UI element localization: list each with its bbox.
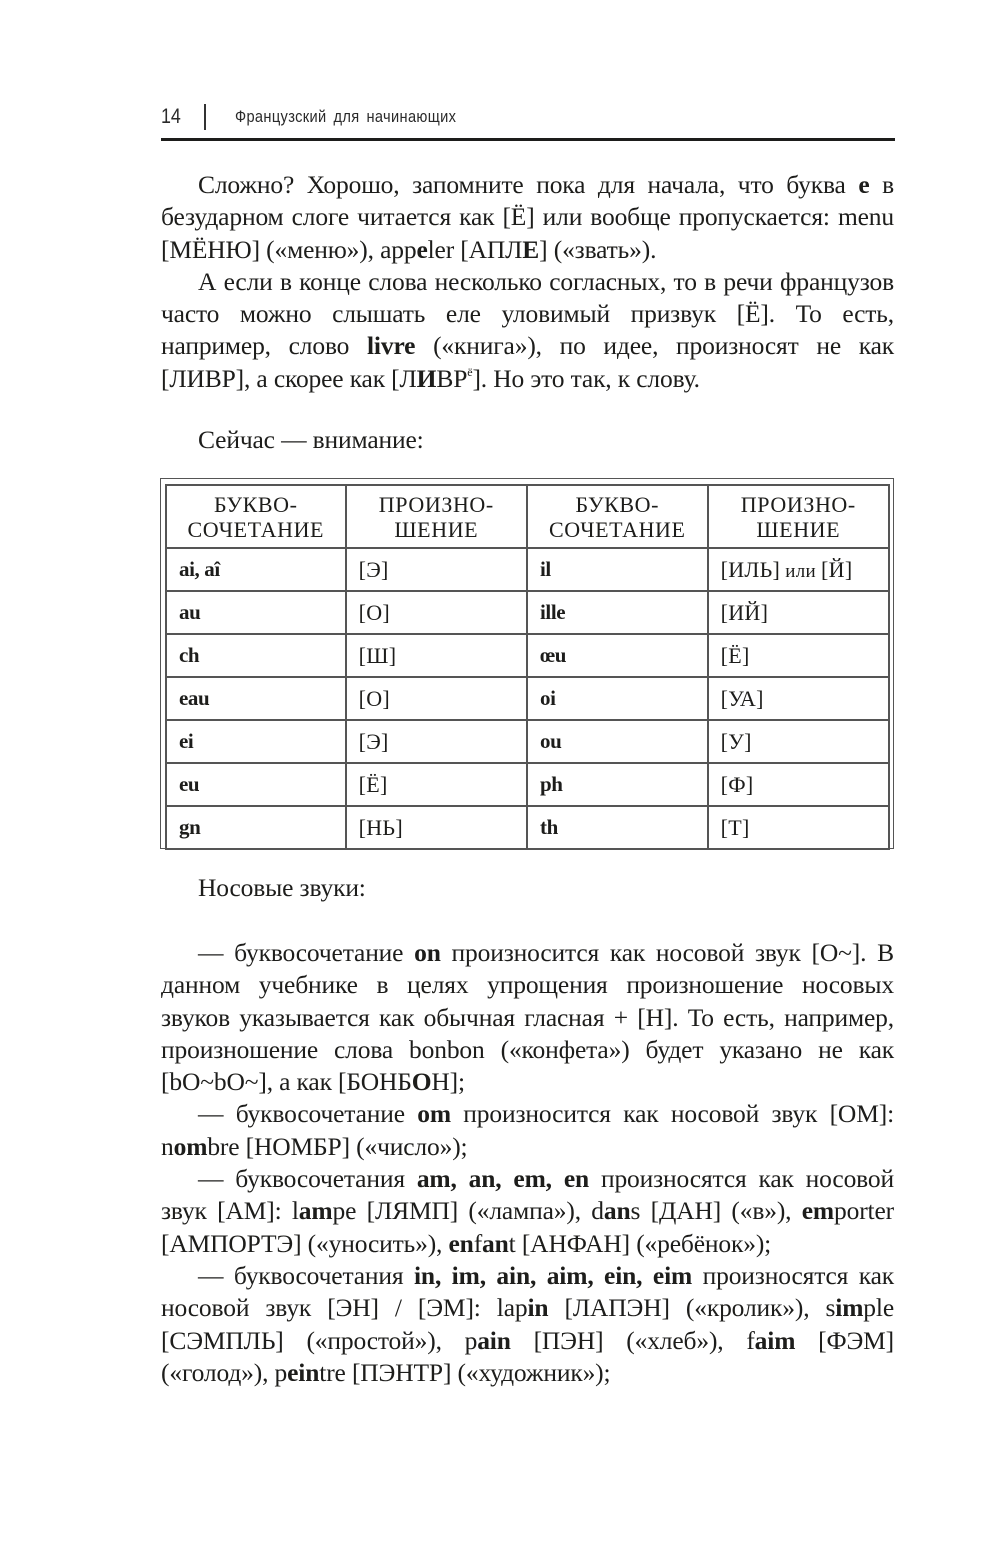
pronunciation-cell: [У] — [708, 720, 889, 763]
header-rule — [161, 138, 895, 141]
intro-text: Сложно? Хорошо, запомните пока для начал… — [161, 169, 894, 395]
pronunciation-cell: [ИЙ] — [708, 591, 889, 634]
combination-cell: eau — [166, 677, 346, 720]
combination-cell: oi — [527, 677, 708, 720]
bold-run: e — [858, 170, 869, 199]
paragraph-final-consonants: А если в конце слова несколько согласных… — [161, 266, 894, 395]
book-page: 14 Французский для начинающих Сложно? Хо… — [0, 0, 1000, 1552]
table-row: au [О] ille [ИЙ] — [166, 591, 889, 634]
nasal-sounds-heading: Носовые звуки: — [161, 872, 894, 904]
pronunciation-cell: [Ё] — [346, 763, 527, 806]
bold-run: e — [416, 235, 427, 264]
pronunciation-cell: [Ё] — [708, 634, 889, 677]
bold-run: И — [417, 364, 437, 393]
combination-cell: ou — [527, 720, 708, 763]
text-run: ] («звать»). — [539, 235, 656, 264]
pronunciation-cell: [Э] — [346, 548, 527, 591]
table-row: ei [Э] ou [У] — [166, 720, 889, 763]
page-number: 14 — [161, 105, 181, 129]
list-item: — буквосочетание om произносится как нос… — [161, 1098, 894, 1163]
combination-cell: au — [166, 591, 346, 634]
list-item: — буквосочетания am, an, em, en произнос… — [161, 1163, 894, 1260]
pronunciation-cell: [Т] — [708, 806, 889, 849]
combination-cell: ai, aî — [166, 548, 346, 591]
table-row: eu [Ё] ph [Ф] — [166, 763, 889, 806]
pronunciation-cell: [НЬ] — [346, 806, 527, 849]
bold-run: livre — [367, 331, 415, 360]
header-pronunciation: ПРОИЗНО-ШЕНИЕ — [708, 485, 889, 548]
pronunciation-cell: [Ф] — [708, 763, 889, 806]
combination-cell: ph — [527, 763, 708, 806]
combination-cell: eu — [166, 763, 346, 806]
combination-cell: ei — [166, 720, 346, 763]
text-run: ler [АПЛ — [428, 235, 523, 264]
combination-cell: th — [527, 806, 708, 849]
letter-combination-table: БУКВО-СОЧЕТАНИЕ ПРОИЗНО-ШЕНИЕ БУКВО-СОЧЕ… — [165, 484, 890, 850]
list-item: — буквосочетание on произносится как нос… — [161, 937, 894, 1098]
list-item: — буквосочетания in, im, ain, aim, ein, … — [161, 1260, 894, 1389]
text-run: ВР — [436, 364, 467, 393]
pronunciation-cell: [О] — [346, 591, 527, 634]
bold-run: Е — [522, 235, 539, 264]
nasal-heading-block: Носовые звуки: — [161, 872, 894, 904]
running-header: 14 Французский для начинающих — [161, 102, 894, 134]
nasal-sounds-list: — буквосочетание on произносится как нос… — [161, 937, 894, 1389]
paragraph-unstressed-e: Сложно? Хорошо, запомните пока для начал… — [161, 169, 894, 266]
combination-cell: œu — [527, 634, 708, 677]
table-row: ai, aî [Э] il [ИЛЬ] или [Й] — [166, 548, 889, 591]
combination-cell: ch — [166, 634, 346, 677]
pronunciation-cell: [ИЛЬ] или [Й] — [708, 548, 889, 591]
pronunciation-cell: [О] — [346, 677, 527, 720]
header-pronunciation: ПРОИЗНО-ШЕНИЕ — [346, 485, 527, 548]
table-row: eau [О] oi [УА] — [166, 677, 889, 720]
attention-line: Сейчас — внимание: — [161, 424, 894, 456]
pronunciation-cell: [УА] — [708, 677, 889, 720]
text-run: ]. Но это так, к слову. — [472, 364, 699, 393]
pronunciation-cell: [Ш] — [346, 634, 527, 677]
text-run: Сложно? Хорошо, запомните пока для начал… — [198, 170, 858, 199]
attention-text: Сейчас — внимание: — [161, 424, 894, 456]
book-title: Французский для начинающих — [235, 107, 456, 127]
pronunciation-cell: [Э] — [346, 720, 527, 763]
combination-cell: il — [527, 548, 708, 591]
header-divider — [204, 104, 206, 130]
table-header-row: БУКВО-СОЧЕТАНИЕ ПРОИЗНО-ШЕНИЕ БУКВО-СОЧЕ… — [166, 485, 889, 548]
combination-cell: ille — [527, 591, 708, 634]
table-row: gn [НЬ] th [Т] — [166, 806, 889, 849]
header-combination: БУКВО-СОЧЕТАНИЕ — [527, 485, 708, 548]
table-row: ch [Ш] œu [Ё] — [166, 634, 889, 677]
combination-cell: gn — [166, 806, 346, 849]
header-combination: БУКВО-СОЧЕТАНИЕ — [166, 485, 346, 548]
